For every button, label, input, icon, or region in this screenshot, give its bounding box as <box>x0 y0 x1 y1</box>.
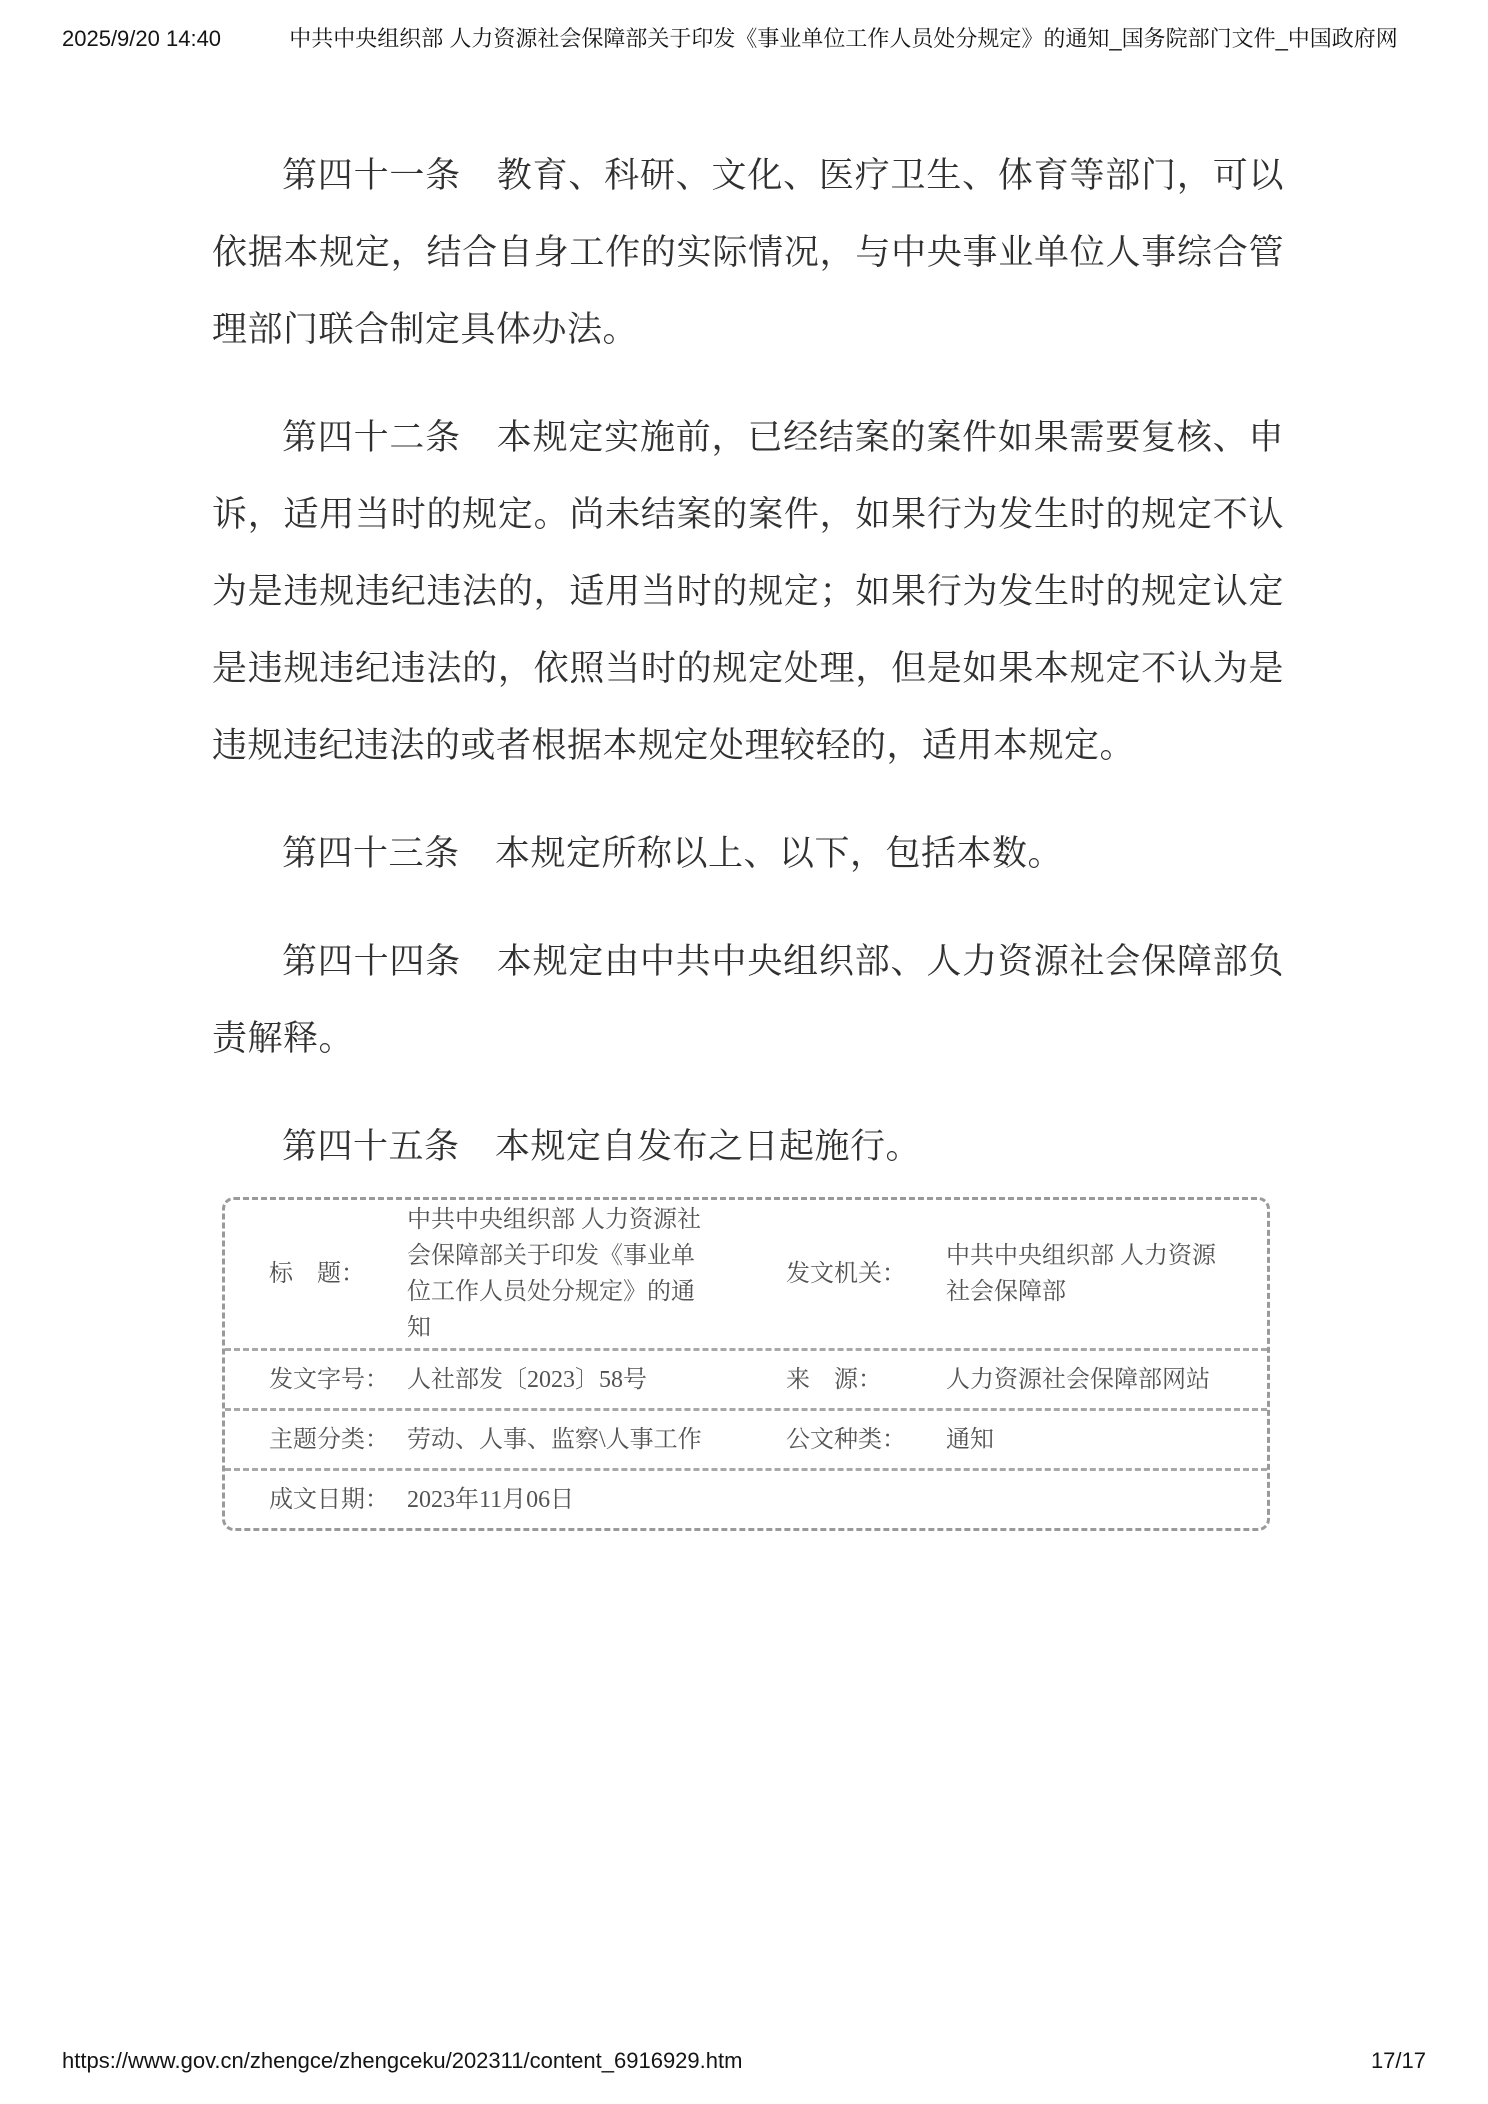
meta-value: 2023年11月06日 <box>397 1482 1267 1518</box>
meta-value: 中共中央组织部 人力资源 社会保障部 <box>922 1238 1267 1310</box>
meta-label: 公文种类： <box>780 1422 922 1458</box>
source-url: https://www.gov.cn/zhengce/zhengceku/202… <box>62 2048 742 2074</box>
meta-label: 成文日期： <box>225 1482 397 1518</box>
meta-label: 发文字号： <box>225 1362 397 1398</box>
meta-value: 中共中央组织部 人力资源社 会保障部关于印发《事业单 位工作人员处分规定》的通 … <box>397 1202 780 1346</box>
meta-row: 标 题：中共中央组织部 人力资源社 会保障部关于印发《事业单 位工作人员处分规定… <box>225 1200 1267 1348</box>
meta-value: 劳动、人事、监察\人事工作 <box>397 1422 780 1458</box>
meta-value: 通知 <box>922 1422 1267 1458</box>
doc-paragraph: 第四十二条 本规定实施前，已经结案的案件如果需要复核、申诉，适用当时的规定。尚未… <box>212 399 1284 784</box>
meta-label: 来 源： <box>780 1362 922 1398</box>
meta-row: 主题分类：劳动、人事、监察\人事工作公文种类：通知 <box>225 1408 1267 1468</box>
document-metadata-table: 标 题：中共中央组织部 人力资源社 会保障部关于印发《事业单 位工作人员处分规定… <box>222 1197 1270 1531</box>
print-page-title: 中共中央组织部 人力资源社会保障部关于印发《事业单位工作人员处分规定》的通知_国… <box>221 26 1426 52</box>
doc-paragraph: 第四十五条 本规定自发布之日起施行。 <box>212 1108 1284 1185</box>
meta-value: 人社部发〔2023〕58号 <box>397 1362 780 1398</box>
doc-paragraph: 第四十三条 本规定所称以上、以下，包括本数。 <box>212 815 1284 892</box>
print-header: 2025/9/20 14:40 中共中央组织部 人力资源社会保障部关于印发《事业… <box>62 26 1426 52</box>
meta-label: 标 题： <box>225 1256 397 1292</box>
doc-paragraph: 第四十四条 本规定由中共中央组织部、人力资源社会保障部负责解释。 <box>212 923 1284 1077</box>
print-footer: https://www.gov.cn/zhengce/zhengceku/202… <box>62 2048 1426 2074</box>
meta-row: 发文字号：人社部发〔2023〕58号来 源：人力资源社会保障部网站 <box>225 1348 1267 1408</box>
doc-paragraph: 第四十一条 教育、科研、文化、医疗卫生、体育等部门，可以依据本规定，结合自身工作… <box>212 137 1284 368</box>
meta-label: 主题分类： <box>225 1422 397 1458</box>
meta-value: 人力资源社会保障部网站 <box>922 1362 1267 1398</box>
document-body: 第四十一条 教育、科研、文化、医疗卫生、体育等部门，可以依据本规定，结合自身工作… <box>212 137 1284 1216</box>
meta-label: 发文机关： <box>780 1256 922 1292</box>
meta-row: 成文日期：2023年11月06日 <box>225 1468 1267 1528</box>
page-indicator: 17/17 <box>1371 2048 1426 2074</box>
print-datetime: 2025/9/20 14:40 <box>62 26 221 52</box>
